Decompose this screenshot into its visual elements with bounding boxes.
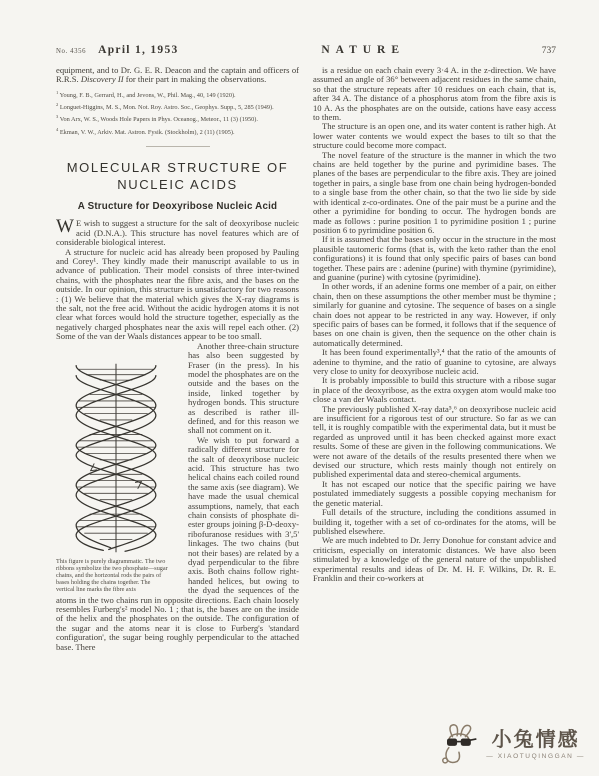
paragraph-intro-text: E wish to suggest a structure for the sa… xyxy=(56,218,299,247)
article-subtitle: A Structure for Deoxyribose Nucleic Acid xyxy=(56,202,299,211)
article-title: MOLECULAR STRUCTURE OFNUCLEIC ACIDS xyxy=(56,160,299,193)
two-column-layout: equipment, and to Dr. G. E. R. Deacon an… xyxy=(56,66,556,652)
watermark-name: 小兔情感 xyxy=(492,729,580,751)
issue-date: April 1, 1953 xyxy=(98,44,178,56)
figure-caption: This figure is purely diagrammatic. The … xyxy=(56,558,168,593)
drop-cap: W xyxy=(56,219,76,235)
prev-article-italic: Discovery II xyxy=(81,74,124,84)
left-column: equipment, and to Dr. G. E. R. Deacon an… xyxy=(56,66,299,652)
reference-item: 1 Young, F. B., Gerrard, H., and Jevons,… xyxy=(56,89,299,99)
issue-number: No. 4356 xyxy=(56,48,86,55)
double-helix-diagram-icon xyxy=(58,362,174,554)
article-title-line2: NUCLEIC ACIDS xyxy=(117,177,238,192)
reference-item: 4 Ekman, V. W., Arkiv. Mat. Astron. Fysi… xyxy=(56,126,299,136)
paragraph: The previously published X-ray data⁵,⁶ o… xyxy=(313,405,556,480)
page-header: No. 4356 April 1, 1953 NATURE 737 xyxy=(56,44,556,56)
watermark: 小兔情感 — XIAOTUQINGGAN — xyxy=(435,722,585,766)
references: 1 Young, F. B., Gerrard, H., and Jevons,… xyxy=(56,89,299,136)
rabbit-with-glasses-icon xyxy=(435,722,481,766)
journal-page: No. 4356 April 1, 1953 NATURE 737 equipm… xyxy=(56,44,556,652)
paragraph: It is probably impossible to build this … xyxy=(313,376,556,404)
watermark-romanized: — XIAOTUQINGGAN — xyxy=(486,753,585,760)
dna-double-helix-figure: This figure is purely diagrammatic. The … xyxy=(56,362,180,593)
watermark-text: 小兔情感 — XIAOTUQINGGAN — xyxy=(486,729,585,760)
reference-text: Young, F. B., Gerrard, H., and Jevons, W… xyxy=(60,92,236,99)
paragraph: The structure is an open one, and its wa… xyxy=(313,122,556,150)
paragraph: It has been found experimentally³,⁴ that… xyxy=(313,348,556,376)
paragraph: The novel feature of the structure is th… xyxy=(313,151,556,236)
reference-number: 1 xyxy=(56,90,58,95)
section-divider xyxy=(146,146,210,147)
reference-text: Longuet-Higgins, M. S., Mon. Not. Roy. A… xyxy=(60,104,274,111)
right-column: is a residue on each chain every 3·4 A. … xyxy=(313,66,556,652)
reference-text: Ekman, V. W., Arkiv. Mat. Astron. Fysik.… xyxy=(60,129,235,136)
paragraph: is a residue on each chain every 3·4 A. … xyxy=(313,66,556,122)
page-number: 737 xyxy=(542,46,556,56)
prev-article-span: for their part in making the observation… xyxy=(124,74,267,84)
paragraph-pauling-corey: A structure for nucleic acid has already… xyxy=(56,248,299,342)
journal-title: NATURE xyxy=(179,44,542,56)
reference-text: Von Arx, W. S., Woods Hole Papers in Phy… xyxy=(60,117,258,124)
paragraph: We are much indebted to Dr. Jerry Donohu… xyxy=(313,536,556,583)
reference-number: 4 xyxy=(56,127,58,132)
paragraph: Full details of the structure, including… xyxy=(313,508,556,536)
paragraph: It has not escaped our notice that the s… xyxy=(313,480,556,508)
paragraph: In other words, if an adenine forms one … xyxy=(313,282,556,348)
paragraph: If it is assumed that the bases only occ… xyxy=(313,235,556,282)
reference-item: 3 Von Arx, W. S., Woods Hole Papers in P… xyxy=(56,113,299,123)
reference-item: 2 Longuet-Higgins, M. S., Mon. Not. Roy.… xyxy=(56,101,299,111)
glasses xyxy=(447,738,477,746)
paragraph-intro: WE wish to suggest a structure for the s… xyxy=(56,219,299,247)
previous-article-text: equipment, and to Dr. G. E. R. Deacon an… xyxy=(56,66,299,85)
reference-number: 2 xyxy=(56,102,58,107)
reference-number: 3 xyxy=(56,114,58,119)
article-title-line1: MOLECULAR STRUCTURE OF xyxy=(67,160,289,175)
